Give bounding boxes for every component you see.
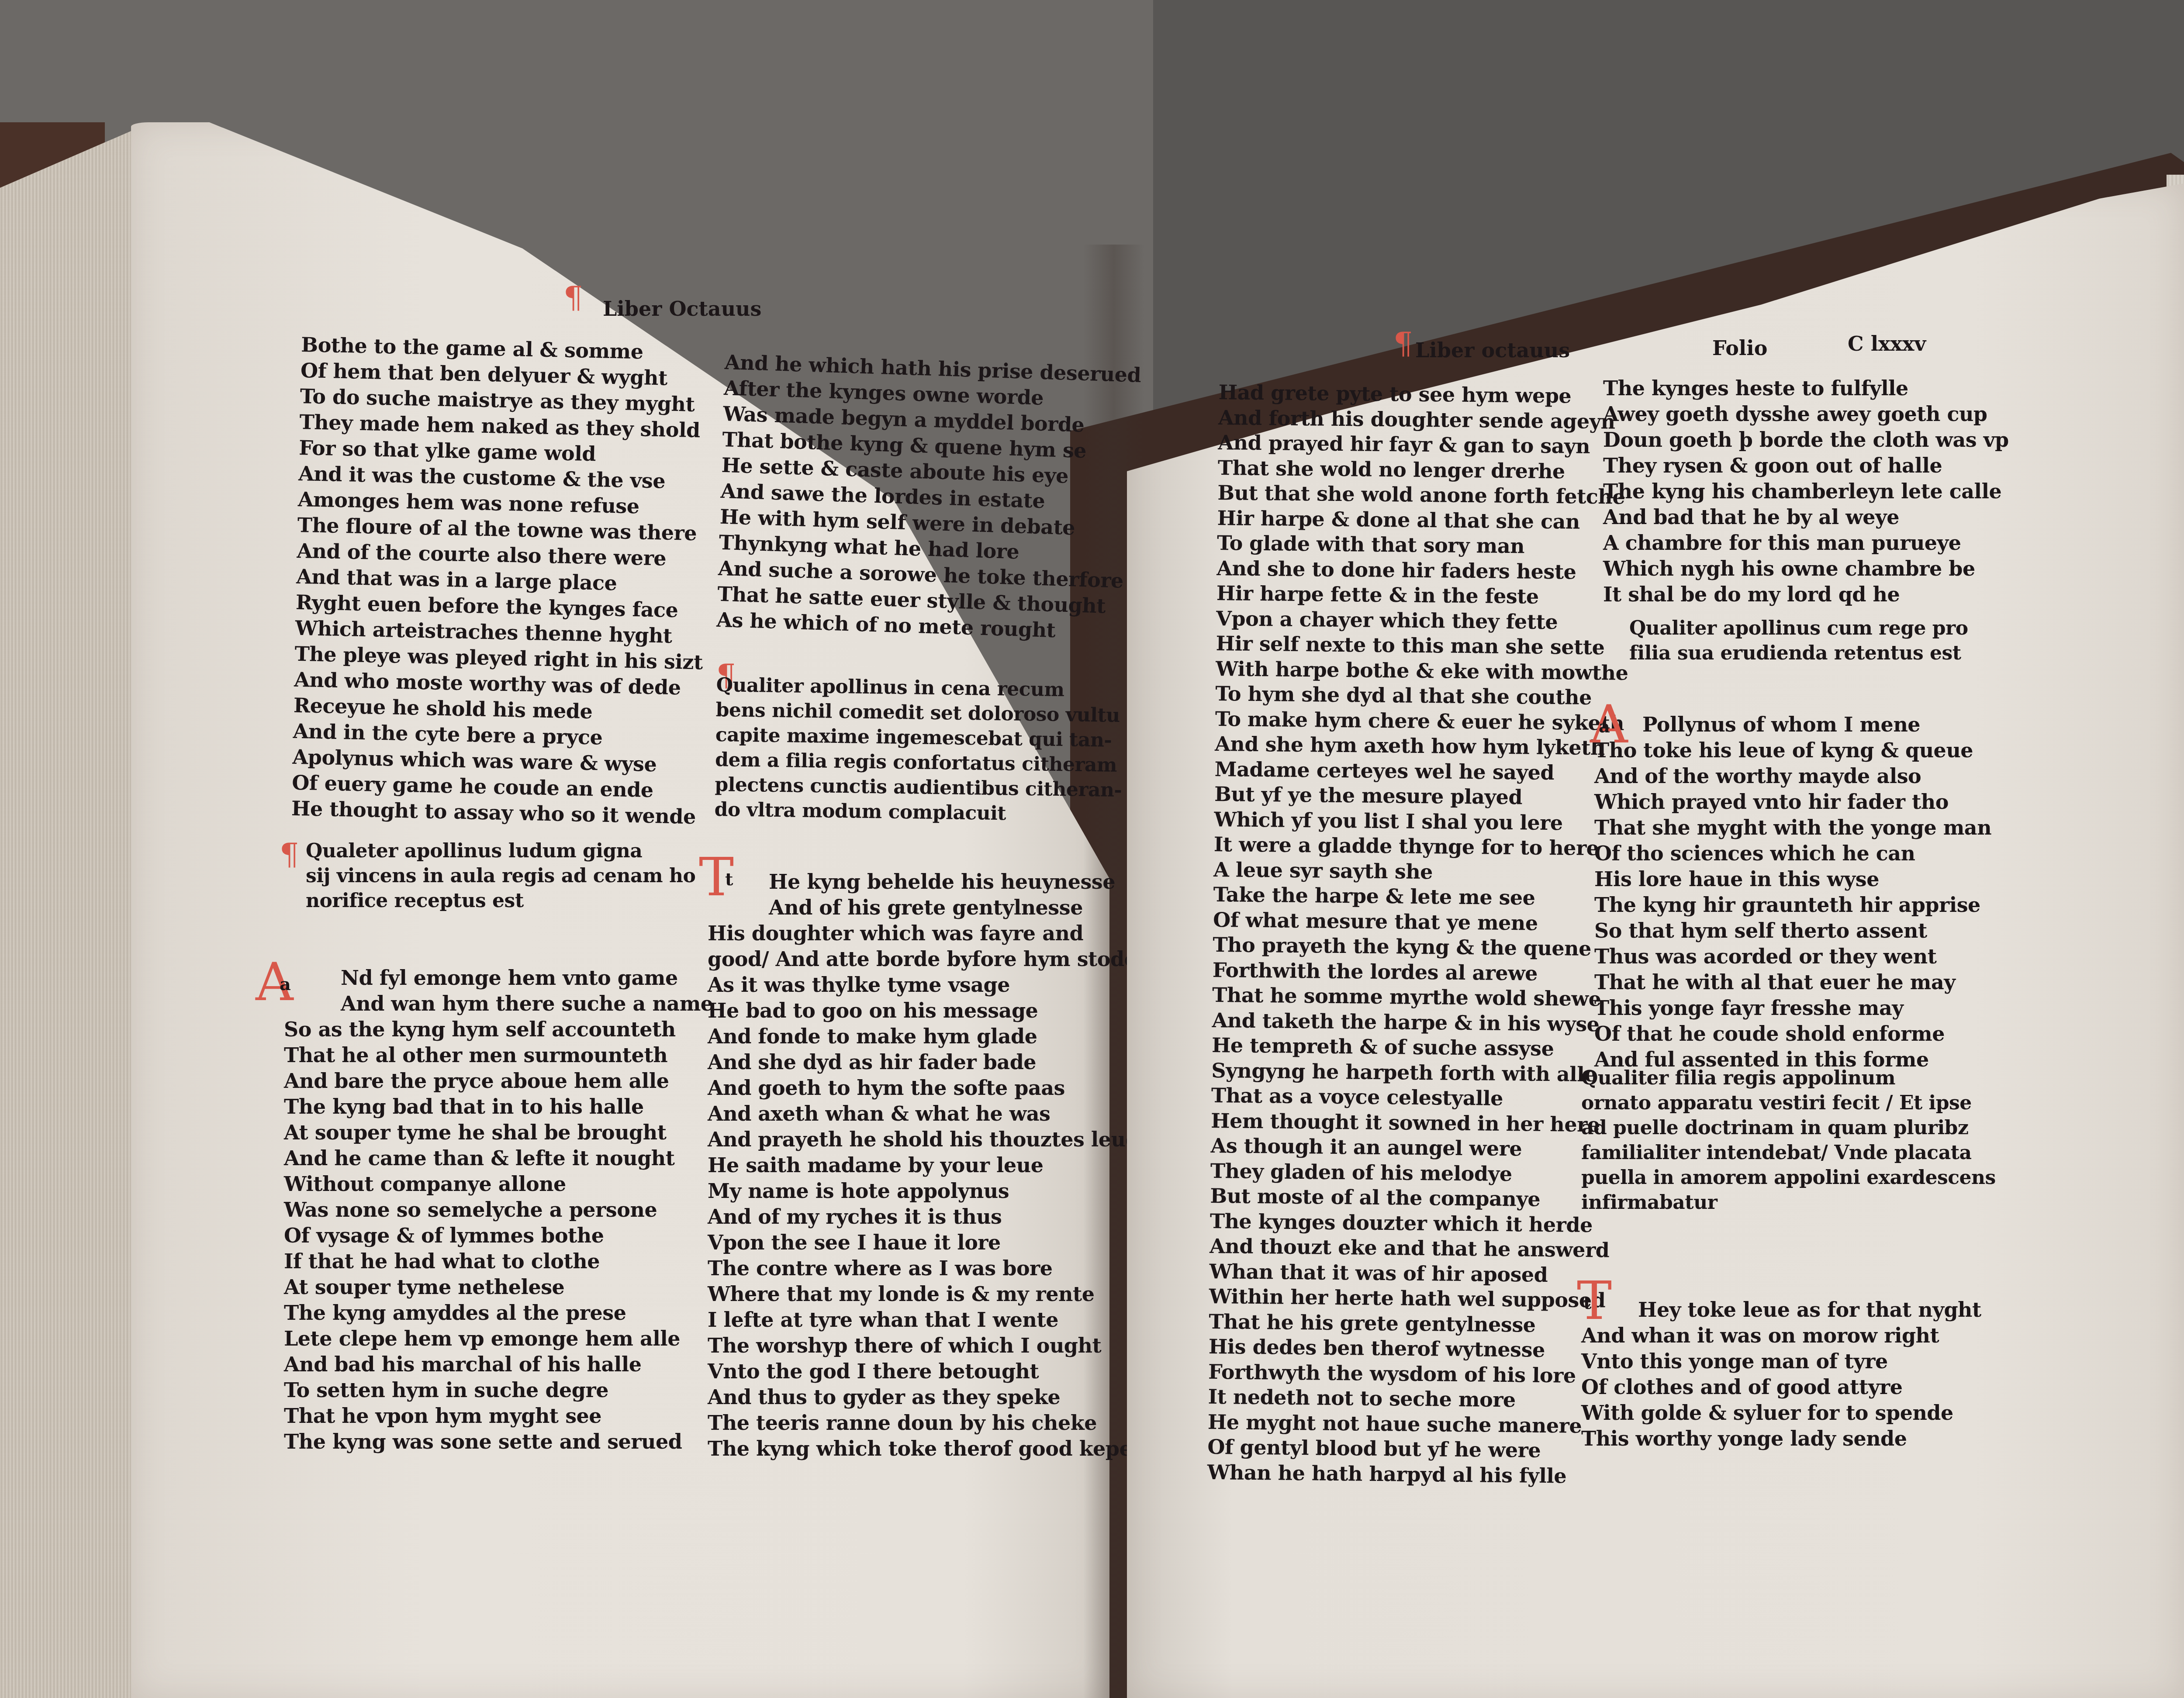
- verse-line: Vpon a chayer which they fette: [1216, 606, 1629, 635]
- verse-line: The kyng was sone sette and serued: [284, 1429, 713, 1455]
- verse-line: Qualiter apollinus cum rege pro: [1599, 616, 1968, 641]
- right-col1-verse: Had grete pyte to see hym wepeAnd forth …: [1207, 380, 1631, 1489]
- verse-line: Forthwith the lordes al arewe: [1213, 957, 1625, 987]
- verse-line: The worshyp there of which I ought: [708, 1333, 1138, 1359]
- verse-line: Of vysage & of lymmes bothe: [284, 1223, 713, 1249]
- verse-line: Which nygh his owne chambre be: [1603, 556, 2009, 582]
- verse-line: Qualeter apollinus ludum gigna: [306, 839, 695, 863]
- verse-line: And thouzt eke and that he answerd: [1209, 1234, 1622, 1263]
- verse-line: Whan he hath harpyd al his fylle: [1207, 1460, 1620, 1489]
- verse-line: That he vpon hym myght see: [284, 1403, 713, 1429]
- verse-line: And fonde to make hym glade: [708, 1024, 1138, 1049]
- verse-line: The kyng which toke therof good kepe: [708, 1436, 1138, 1462]
- verse-line: And of the worthy mayde also: [1594, 763, 1991, 789]
- verse-line: The teeris ranne doun by his cheke: [708, 1410, 1138, 1436]
- verse-line: Hir harpe fette & in the feste: [1216, 581, 1629, 610]
- verse-line: Awey goeth dysshe awey goeth cup: [1603, 401, 2009, 427]
- verse-line: This yonge fayr fresshe may: [1594, 995, 1991, 1021]
- left-col2-verse-bottom: He kyng behelde his heuynesseAnd of his …: [708, 869, 1138, 1462]
- verse-line: Hir self nexte to this man she sette: [1216, 631, 1628, 660]
- verse-line: filia sua erudienda retentus est: [1599, 641, 1968, 666]
- right-col2-latin-rubric-2: Qualiter filia regis appolinumornato app…: [1581, 1066, 1996, 1215]
- verse-line: My name is hote appolynus: [708, 1178, 1138, 1204]
- left-col1-verse-top: Bothe to the game al & sommeOf hem that …: [291, 332, 710, 830]
- verse-line: And goeth to hym the softe paas: [708, 1075, 1138, 1101]
- verse-line: And forth his doughter sende ageyn: [1218, 405, 1631, 434]
- running-head-right: Liber octauus: [1415, 338, 1570, 362]
- verse-line: That he al other men surmounteth: [284, 1042, 713, 1068]
- verse-line: And prayeth he shold his thouztes leue: [708, 1127, 1138, 1153]
- verse-line: So that hym self therto assent: [1594, 918, 1991, 944]
- verse-line: Nd fyl emonge hem vnto game: [284, 965, 713, 991]
- verse-line: Qualiter filia regis appolinum: [1581, 1066, 1996, 1091]
- verse-line: And she to done hir faders heste: [1216, 556, 1629, 585]
- verse-line: And thus to gyder as they speke: [708, 1384, 1138, 1410]
- verse-line: Vpon the see I haue it lore: [708, 1230, 1138, 1256]
- verse-line: To hym she dyd al that she couthe: [1215, 681, 1628, 711]
- verse-line: Within her herte hath wel supposed: [1209, 1284, 1622, 1313]
- verse-line: So as the kyng hym self accounteth: [284, 1017, 713, 1042]
- verse-line: But that she wold anone forth fetche: [1217, 480, 1630, 510]
- verse-line: At souper tyme nethelese: [284, 1274, 713, 1300]
- verse-line: That he with al that euer he may: [1594, 970, 1991, 995]
- left-col2-verse-top: And he which hath his prise deseruedAfte…: [716, 349, 1141, 646]
- verse-line: I lefte at tyre whan that I wente: [708, 1307, 1138, 1333]
- verse-line: With harpe bothe & eke with mowthe: [1216, 656, 1628, 685]
- verse-line: But yf ye the mesure played: [1214, 782, 1627, 811]
- verse-line: Had grete pyte to see hym wepe: [1218, 380, 1631, 409]
- verse-line: With golde & syluer for to spende: [1581, 1400, 1981, 1426]
- right-col2-latin-rubric-1: Qualiter apollinus cum rege profilia sua…: [1599, 616, 1968, 666]
- verse-line: Doun goeth þ borde the cloth was vp: [1603, 427, 2009, 453]
- verse-line: sij vincens in aula regis ad cenam ho: [306, 863, 695, 888]
- verse-line: Hir harpe & done al that she can: [1217, 505, 1630, 535]
- verse-line: That he his grete gentylnesse: [1209, 1309, 1621, 1338]
- verse-line: Which yf you list I shal you lere: [1214, 807, 1627, 836]
- pilcrow-icon: ¶: [1393, 325, 1413, 361]
- running-head-left: Liber Octauus: [603, 297, 761, 321]
- verse-line: His doughter which was fayre and: [708, 921, 1138, 946]
- verse-line: He saith madame by your leue: [708, 1153, 1138, 1178]
- verse-line: It nedeth not to seche more: [1208, 1384, 1621, 1414]
- verse-line: And taketh the harpe & in his wyse: [1212, 1008, 1624, 1037]
- right-col2-verse-top: The kynges heste to fulfylleAwey goeth d…: [1603, 376, 2009, 607]
- verse-line: That she myght with the yonge man: [1594, 815, 1991, 841]
- verse-line: And he came than & lefte it nought: [284, 1146, 713, 1171]
- verse-line: His dedes ben therof wytnesse: [1209, 1334, 1621, 1363]
- verse-line: Of what mesure that ye mene: [1213, 907, 1626, 936]
- verse-line: ornato apparatu vestiri fecit / Et ipse: [1581, 1091, 1996, 1115]
- verse-line: To glade with that sory man: [1217, 531, 1630, 560]
- verse-line: His lore haue in this wyse: [1594, 866, 1991, 892]
- verse-line: Syngyng he harpeth forth with alle: [1211, 1058, 1624, 1087]
- verse-line: And of my ryches it is thus: [708, 1204, 1138, 1230]
- verse-line: They rysen & goon out of halle: [1603, 453, 2009, 479]
- verse-line: And wan hym there suche a name: [284, 991, 713, 1017]
- verse-line: If that he had what to clothe: [284, 1249, 713, 1274]
- verse-line: But moste of al the companye: [1210, 1184, 1623, 1213]
- verse-line: The kyng his chamberleyn lete calle: [1603, 479, 2009, 504]
- verse-line: Take the harpe & lete me see: [1213, 882, 1626, 911]
- pilcrow-icon: ¶: [280, 836, 299, 872]
- verse-line: Pollynus of whom I mene: [1594, 712, 1991, 738]
- verse-line: It were a gladde thynge for to here: [1214, 832, 1627, 861]
- verse-line: Hem thought it sowned in her here: [1211, 1108, 1624, 1137]
- verse-line: The kynges heste to fulfylle: [1603, 376, 2009, 401]
- verse-line: Tho toke his leue of kyng & queue: [1594, 738, 1991, 763]
- verse-line: As it was thylke tyme vsage: [708, 972, 1138, 998]
- page-edges-left: [0, 131, 131, 1698]
- verse-line: Hey toke leue as for that nyght: [1581, 1297, 1981, 1323]
- verse-line: And she dyd as hir fader bade: [708, 1049, 1138, 1075]
- left-col1-verse-bottom: Nd fyl emonge hem vnto gameAnd wan hym t…: [284, 965, 713, 1455]
- verse-line: Thus was acorded or they went: [1594, 944, 1991, 970]
- verse-line: Where that my londe is & my rente: [708, 1281, 1138, 1307]
- verse-line: Forthwyth the wysdom of his lore: [1208, 1359, 1621, 1388]
- verse-line: Was none so semelyche a persone: [284, 1197, 713, 1223]
- verse-line: The contre where as I was bore: [708, 1256, 1138, 1281]
- verse-line: Of gentyl blood but yf he were: [1207, 1435, 1620, 1464]
- verse-line: A leue syr sayth she: [1213, 857, 1626, 886]
- verse-line: This worthy yonge lady sende: [1581, 1426, 1981, 1452]
- verse-line: To make hym chere & euer he syketh: [1215, 706, 1628, 735]
- verse-line: Which prayed vnto hir fader tho: [1594, 789, 1991, 815]
- verse-line: It shal be do my lord qd he: [1603, 582, 2009, 607]
- verse-line: And she hym axeth how hym lyketh: [1215, 732, 1628, 761]
- pilcrow-icon: ¶: [563, 280, 583, 315]
- verse-line: And whan it was on morow right: [1581, 1323, 1981, 1349]
- verse-line: A chambre for this man purueye: [1603, 530, 2009, 556]
- left-col1-latin-rubric: Qualeter apollinus ludum gignasij vincen…: [306, 839, 695, 913]
- folio-label: Folio: [1712, 336, 1767, 360]
- verse-line: ad puelle doctrinam in quam pluribz: [1581, 1115, 1996, 1140]
- verse-line: Vnto this yonge man of tyre: [1581, 1349, 1981, 1374]
- verse-line: As though it an aungel were: [1210, 1133, 1623, 1163]
- right-col2-verse-bottom: Hey toke leue as for that nyghtAnd whan …: [1581, 1297, 1981, 1452]
- verse-line: They gladen of his melodye: [1210, 1158, 1623, 1187]
- verse-line: And bare the pryce aboue hem alle: [284, 1068, 713, 1094]
- verse-line: infirmabatur: [1581, 1190, 1996, 1215]
- verse-line: He bad to goo on his message: [708, 998, 1138, 1024]
- verse-line: And bad that he by al weye: [1603, 504, 2009, 530]
- verse-line: The kyng bad that in to his halle: [284, 1094, 713, 1120]
- left-col2-latin-rubric: Qualiter apollinus in cena recumbens nic…: [714, 673, 1123, 828]
- verse-line: That she wold no lenger drerhe: [1218, 455, 1631, 484]
- verse-line: Of tho sciences which he can: [1594, 841, 1991, 866]
- verse-line: At souper tyme he shal be brought: [284, 1120, 713, 1146]
- verse-line: Tho prayeth the kyng & the quene: [1213, 932, 1625, 962]
- verse-line: The kynges douzter which it herde: [1210, 1208, 1623, 1238]
- verse-line: The kyng amyddes al the prese: [284, 1300, 713, 1326]
- verse-line: He tempreth & of suche assyse: [1212, 1033, 1624, 1062]
- verse-line: And prayed hir fayr & gan to sayn: [1218, 430, 1631, 459]
- verse-line: And bad his marchal of his halle: [284, 1352, 713, 1377]
- verse-line: He myght not haue suche manere: [1208, 1409, 1621, 1439]
- verse-line: Vnto the god I there betought: [708, 1359, 1138, 1384]
- verse-line: And axeth whan & what he was: [708, 1101, 1138, 1127]
- folio-number: C lxxxv: [1848, 332, 1926, 355]
- verse-line: Without companye allone: [284, 1171, 713, 1197]
- verse-line: Lete clepe hem vp emonge hem alle: [284, 1326, 713, 1352]
- verse-line: Whan that it was of hir aposed: [1209, 1259, 1622, 1288]
- verse-line: puella in amorem appolini exardescens: [1581, 1165, 1996, 1190]
- verse-line: Of that he coude shold enforme: [1594, 1021, 1991, 1047]
- verse-line: To setten hym in suche degre: [284, 1377, 713, 1403]
- verse-line: norifice receptus est: [306, 888, 695, 913]
- verse-line: good/ And atte borde byfore hym stode: [708, 946, 1138, 972]
- verse-line: That he somme myrthe wold shewe: [1212, 983, 1625, 1012]
- verse-line: The kyng hir graunteth hir apprise: [1594, 892, 1991, 918]
- verse-line: He kyng behelde his heuynesse: [708, 869, 1138, 895]
- verse-line: And of his grete gentylnesse: [708, 895, 1138, 921]
- verse-line: familialiter intendebat/ Vnde placata: [1581, 1140, 1996, 1165]
- verse-line: Madame certeyes wel he sayed: [1214, 756, 1627, 786]
- verse-line: That as a voyce celestyalle: [1211, 1083, 1624, 1112]
- right-col2-verse-middle: Pollynus of whom I meneTho toke his leue…: [1594, 712, 1991, 1073]
- verse-line: Of clothes and of good attyre: [1581, 1374, 1981, 1400]
